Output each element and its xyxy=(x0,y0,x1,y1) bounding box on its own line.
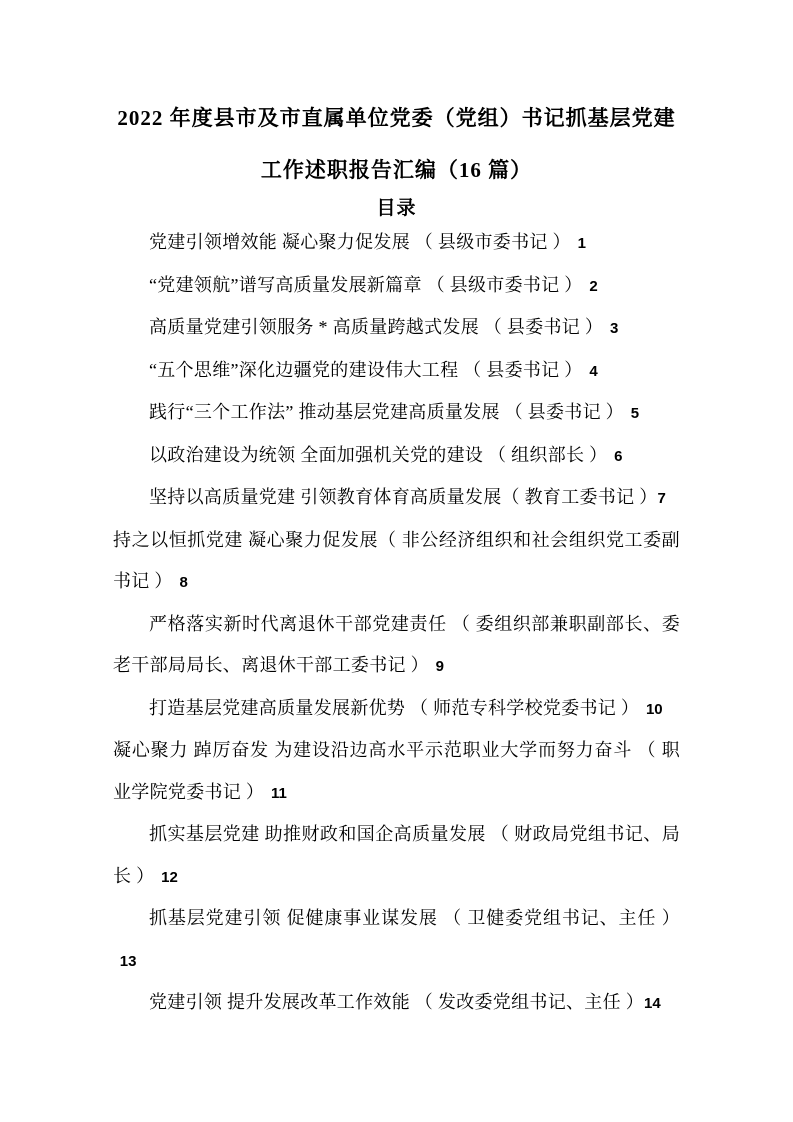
toc-entry-label: 以政治建设为统领 全面加强机关党的建设 （ 组织部长 ） xyxy=(149,445,607,465)
toc-entry: “五个思维”深化边疆党的建设伟大工程 （ 县委书记 ）4 xyxy=(113,350,680,393)
toc-entry: 党建引领 提升发展改革工作效能 （ 发改委党组书记、主任 ）14 xyxy=(113,982,680,1025)
document-title: 2022 年度县市及市直属单位党委（党组）书记抓基层党建工作述职报告汇编（16 … xyxy=(113,92,680,196)
document-page: 2022 年度县市及市直属单位党委（党组）书记抓基层党建工作述职报告汇编（16 … xyxy=(0,0,793,1122)
toc-entry: 持之以恒抓党建 凝心聚力促发展（ 非公经济组织和社会组织党工委副书记 ）8 xyxy=(113,520,680,604)
toc-heading: 目录 xyxy=(113,196,680,222)
toc-entry: 高质量党建引领服务 * 高质量跨越式发展 （ 县委书记 ）3 xyxy=(113,307,680,350)
toc-entry-page: 8 xyxy=(179,574,187,591)
toc-list: 党建引领增效能 凝心聚力促发展 （ 县级市委书记 ）1“党建领航”谱写高质量发展… xyxy=(113,222,680,1025)
toc-entry-label: 抓基层党建引领 促健康事业谋发展 （ 卫健委党组书记、主任 ） xyxy=(149,908,680,928)
toc-entry-page: 5 xyxy=(631,405,639,422)
toc-entry: 凝心聚力 踔厉奋发 为建设沿边高水平示范职业大学而努力奋斗 （ 职业学院党委书记… xyxy=(113,730,680,814)
toc-entry-page: 3 xyxy=(610,320,618,337)
toc-entry-page: 14 xyxy=(644,995,661,1012)
toc-entry-page: 4 xyxy=(589,363,597,380)
toc-entry-page: 1 xyxy=(578,235,586,252)
toc-entry-label: 坚持以高质量党建 引领教育体育高质量发展（ 教育工委书记 ） xyxy=(149,487,658,507)
toc-entry: 党建引领增效能 凝心聚力促发展 （ 县级市委书记 ）1 xyxy=(113,222,680,265)
toc-entry-page: 9 xyxy=(436,658,444,675)
toc-entry-label: “五个思维”深化边疆党的建设伟大工程 （ 县委书记 ） xyxy=(149,360,583,380)
toc-entry: 以政治建设为统领 全面加强机关党的建设 （ 组织部长 ）6 xyxy=(113,435,680,478)
toc-entry-page: 11 xyxy=(271,785,287,802)
toc-entry: 践行“三个工作法” 推动基层党建高质量发展 （ 县委书记 ）5 xyxy=(113,392,680,435)
toc-entry: 严格落实新时代离退休干部党建责任 （ 委组织部兼职副部长、委老干部局局长、离退休… xyxy=(113,604,680,688)
toc-entry-page: 13 xyxy=(120,953,137,970)
toc-entry: 打造基层党建高质量发展新优势 （ 师范专科学校党委书记 ）10 xyxy=(113,688,680,731)
toc-entry-label: 严格落实新时代离退休干部党建责任 （ 委组织部兼职副部长、委老干部局局长、离退休… xyxy=(113,614,680,676)
toc-entry: 坚持以高质量党建 引领教育体育高质量发展（ 教育工委书记 ）7 xyxy=(113,477,680,520)
toc-entry: 抓基层党建引领 促健康事业谋发展 （ 卫健委党组书记、主任 ）13 xyxy=(113,898,680,982)
toc-entry-label: 高质量党建引领服务 * 高质量跨越式发展 （ 县委书记 ） xyxy=(149,317,603,337)
toc-entry-page: 6 xyxy=(614,448,622,465)
toc-entry-label: 凝心聚力 踔厉奋发 为建设沿边高水平示范职业大学而努力奋斗 （ 职业学院党委书记… xyxy=(113,740,680,802)
toc-entry-label: 抓实基层党建 助推财政和国企高质量发展 （ 财政局党组书记、局长 ） xyxy=(113,824,680,886)
toc-entry-label: 打造基层党建高质量发展新优势 （ 师范专科学校党委书记 ） xyxy=(149,698,639,718)
toc-entry-page: 10 xyxy=(646,701,663,718)
toc-entry: “党建领航”谱写高质量发展新篇章 （ 县级市委书记 ）2 xyxy=(113,265,680,308)
toc-entry-page: 2 xyxy=(589,278,597,295)
toc-entry-label: “党建领航”谱写高质量发展新篇章 （ 县级市委书记 ） xyxy=(149,275,583,295)
toc-entry: 抓实基层党建 助推财政和国企高质量发展 （ 财政局党组书记、局长 ）12 xyxy=(113,814,680,898)
toc-entry-page: 12 xyxy=(161,869,178,886)
toc-entry-label: 党建引领增效能 凝心聚力促发展 （ 县级市委书记 ） xyxy=(149,232,571,252)
toc-entry-label: 践行“三个工作法” 推动基层党建高质量发展 （ 县委书记 ） xyxy=(149,402,624,422)
toc-entry-label: 持之以恒抓党建 凝心聚力促发展（ 非公经济组织和社会组织党工委副书记 ） xyxy=(113,530,680,592)
toc-entry-page: 7 xyxy=(658,490,666,507)
toc-entry-label: 党建引领 提升发展改革工作效能 （ 发改委党组书记、主任 ） xyxy=(149,992,644,1012)
